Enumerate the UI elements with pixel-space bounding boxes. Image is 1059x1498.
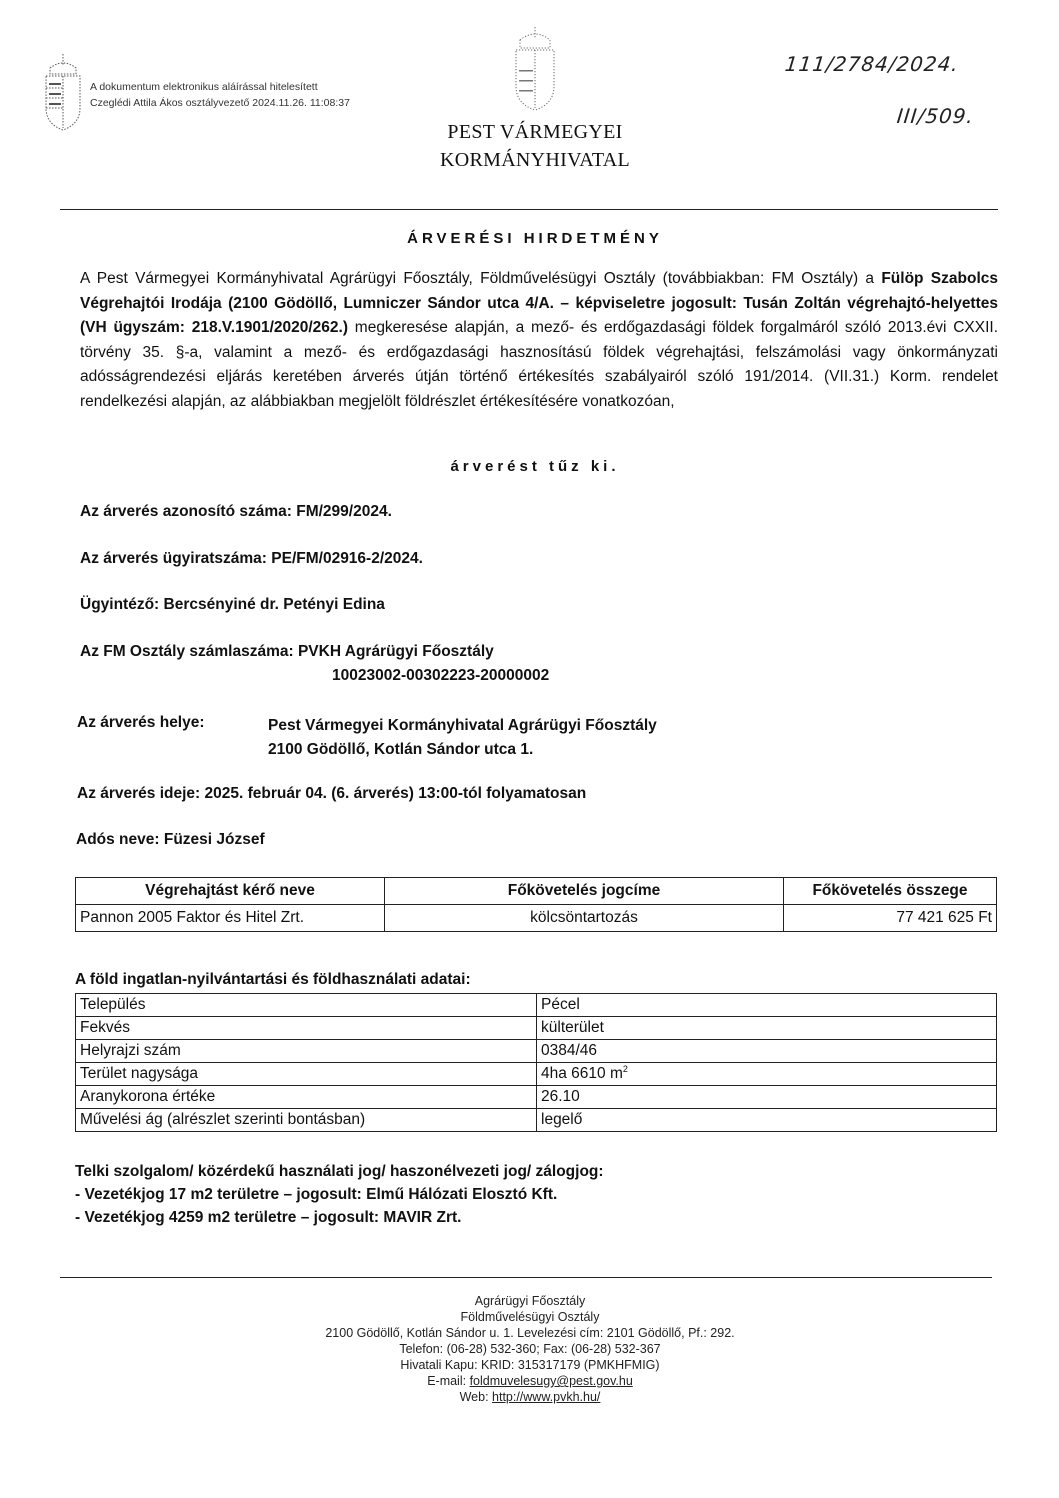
table-row: Település Pécel: [76, 994, 997, 1017]
area-unit-exponent: 2: [623, 1064, 628, 1074]
handwritten-reference-number: 111/2784/2024.: [784, 52, 960, 76]
auction-id-field: Az árverés azonosító száma: FM/299/2024.: [80, 503, 392, 521]
debtor-field: Adós neve: Füzesi József: [76, 831, 265, 849]
organization-name: Pest Vármegyei Kormányhivatal: [410, 118, 660, 174]
account-number: 10023002-00302223-20000002: [332, 667, 549, 685]
auction-place-line-1: Pest Vármegyei Kormányhivatal Agrárügyi …: [268, 714, 657, 738]
web-label: Web:: [460, 1390, 492, 1404]
debtor-value: Füzesi József: [164, 831, 265, 848]
footer-web: Web: http://www.pvkh.hu/: [240, 1389, 820, 1405]
land-value: 0384/46: [537, 1040, 997, 1063]
coat-of-arms-icon: [40, 52, 86, 132]
hungarian-coat-of-arms-icon: [512, 26, 558, 112]
footer-address: 2100 Gödöllő, Kotlán Sándor u. 1. Levele…: [240, 1325, 820, 1341]
column-header-creditor: Végrehajtást kérő neve: [76, 878, 385, 905]
table-row: Aranykorona értéke 26.10: [76, 1086, 997, 1109]
organization-name-line-1: Pest Vármegyei: [410, 118, 660, 146]
land-data-table: Település Pécel Fekvés külterület Helyra…: [75, 993, 997, 1132]
footer-divider: [60, 1277, 992, 1278]
encumbrance-item: - Vezetékjog 17 m2 területre – jogosult:…: [75, 1183, 604, 1206]
land-key: Terület nagysága: [76, 1063, 537, 1086]
land-key: Művelési ág (alrészlet szerinti bontásba…: [76, 1109, 537, 1132]
handwritten-sub-reference: III/509.: [896, 104, 975, 128]
table-row: Művelési ág (alrészlet szerinti bontásba…: [76, 1109, 997, 1132]
web-link[interactable]: http://www.pvkh.hu/: [492, 1390, 600, 1404]
organization-name-line-2: Kormányhivatal: [410, 146, 660, 174]
auction-id-value: FM/299/2024.: [296, 503, 392, 520]
land-value: külterület: [537, 1017, 997, 1040]
proclamation: árverést tűz ki.: [60, 458, 1010, 475]
document-title: ÁRVERÉSI HIRDETMÉNY: [60, 230, 1010, 247]
area-value: 4ha 6610 m: [541, 1066, 623, 1083]
officer-label: Ügyintéző:: [80, 596, 159, 613]
officer-value: Bercsényiné dr. Petényi Edina: [164, 596, 385, 613]
intro-text-1: A Pest Vármegyei Kormányhivatal Agrárügy…: [80, 270, 881, 287]
electronic-signature-note: A dokumentum elektronikus aláírással hit…: [90, 79, 350, 111]
auction-time-value: 2025. február 04. (6. árverés) 13:00-tól…: [205, 785, 587, 802]
footer-department: Agrárügyi Főosztály: [240, 1293, 820, 1309]
table-row: Fekvés külterület: [76, 1017, 997, 1040]
claims-table: Végrehajtást kérő neve Főkövetelés jogcí…: [75, 877, 997, 932]
footer-contact: Agrárügyi Főosztály Földművelésügyi Oszt…: [240, 1293, 820, 1405]
land-data-title: A föld ingatlan-nyilvántartási és földha…: [75, 971, 471, 989]
email-link[interactable]: foldmuvelesugy@pest.gov.hu: [470, 1374, 633, 1388]
auction-time-label: Az árverés ideje:: [77, 785, 200, 802]
land-value: 4ha 6610 m2: [537, 1063, 997, 1086]
land-key: Aranykorona értéke: [76, 1086, 537, 1109]
footer-division: Földművelésügyi Osztály: [240, 1309, 820, 1325]
account-field: Az FM Osztály számlaszáma: PVKH Agrárügy…: [80, 643, 494, 661]
claim-amount: 77 421 625 Ft: [784, 905, 997, 932]
encumbrance-item: - Vezetékjog 4259 m2 területre – jogosul…: [75, 1206, 604, 1229]
officer-field: Ügyintéző: Bercsényiné dr. Petényi Edina: [80, 596, 385, 614]
file-number-value: PE/FM/02916-2/2024.: [271, 550, 423, 567]
land-key: Fekvés: [76, 1017, 537, 1040]
encumbrances-section: Telki szolgalom/ közérdekű használati jo…: [75, 1160, 604, 1229]
column-header-claim-title: Főkövetelés jogcíme: [385, 878, 784, 905]
file-number-field: Az árverés ügyiratszáma: PE/FM/02916-2/2…: [80, 550, 423, 568]
land-value: 26.10: [537, 1086, 997, 1109]
claims-table-header: Végrehajtást kérő neve Főkövetelés jogcí…: [76, 878, 997, 905]
land-value: Pécel: [537, 994, 997, 1017]
auction-place-line-2: 2100 Gödöllő, Kotlán Sándor utca 1.: [268, 738, 657, 762]
land-key: Helyrajzi szám: [76, 1040, 537, 1063]
table-row: Pannon 2005 Faktor és Hitel Zrt. kölcsön…: [76, 905, 997, 932]
footer-phone: Telefon: (06-28) 532-360; Fax: (06-28) 5…: [240, 1341, 820, 1357]
account-label: Az FM Osztály számlaszáma:: [80, 643, 294, 660]
table-row: Helyrajzi szám 0384/46: [76, 1040, 997, 1063]
intro-paragraph: A Pest Vármegyei Kormányhivatal Agrárügy…: [80, 267, 998, 414]
signature-line-1: A dokumentum elektronikus aláírással hit…: [90, 79, 350, 95]
file-number-label: Az árverés ügyiratszáma:: [80, 550, 267, 567]
account-name: PVKH Agrárügyi Főosztály: [298, 643, 494, 660]
auction-id-label: Az árverés azonosító száma:: [80, 503, 292, 520]
auction-place-value: Pest Vármegyei Kormányhivatal Agrárügyi …: [268, 714, 657, 762]
encumbrances-title: Telki szolgalom/ közérdekű használati jo…: [75, 1160, 604, 1183]
claim-title: kölcsöntartozás: [385, 905, 784, 932]
column-header-claim-amount: Főkövetelés összege: [784, 878, 997, 905]
land-value: legelő: [537, 1109, 997, 1132]
auction-time-field: Az árverés ideje: 2025. február 04. (6. …: [77, 785, 586, 803]
creditor-name: Pannon 2005 Faktor és Hitel Zrt.: [76, 905, 385, 932]
header-divider: [60, 209, 998, 210]
land-key: Település: [76, 994, 537, 1017]
auction-place-label: Az árverés helye:: [77, 714, 205, 732]
table-row: Terület nagysága 4ha 6610 m2: [76, 1063, 997, 1086]
debtor-label: Adós neve:: [76, 831, 160, 848]
footer-email: E-mail: foldmuvelesugy@pest.gov.hu: [240, 1373, 820, 1389]
email-label: E-mail:: [427, 1374, 469, 1388]
signature-line-2: Czeglédi Attila Ákos osztályvezető 2024.…: [90, 95, 350, 111]
footer-krid: Hivatali Kapu: KRID: 315317179 (PMKHFMIG…: [240, 1357, 820, 1373]
